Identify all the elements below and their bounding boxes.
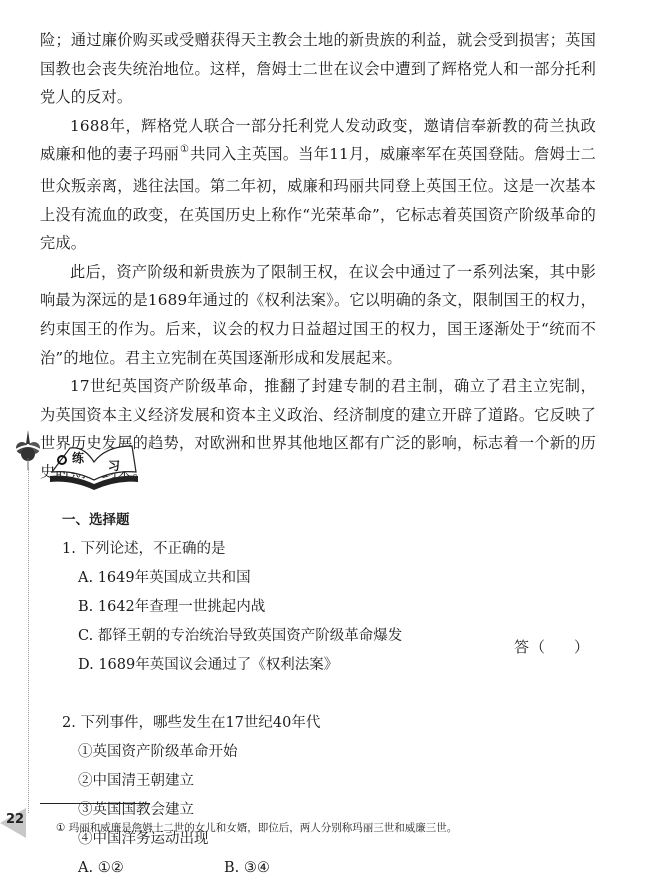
question-2-item-2: ②中国清王朝建立: [78, 767, 622, 796]
footnote-rule: [40, 803, 150, 804]
question-2-stem: 2. 下列事件，哪些发生在17世纪40年代: [62, 709, 622, 738]
paragraph-2: 1688年，辉格党人联合一部分托利党人发动政变，邀请信奉新教的荷兰执政威廉和他的…: [40, 112, 596, 258]
page-number: 22: [6, 812, 24, 827]
question-2-option-a[interactable]: A. ①②: [78, 854, 224, 883]
tree-ornament-icon: [10, 428, 46, 470]
banner-char-2: 习: [108, 459, 120, 473]
question-1-stem: 1. 下列论述，不正确的是: [62, 535, 622, 564]
main-text: 险；通过廉价购买或受赠获得天主教会土地的新贵族的利益，就会受到损害；英国国教也会…: [40, 26, 596, 487]
answer-label: 答（: [514, 638, 546, 656]
question-1-option-b[interactable]: B. 1642年查理一世挑起内战: [78, 593, 622, 622]
paragraph-1: 险；通过廉价购买或受赠获得天主教会土地的新贵族的利益，就会受到损害；英国国教也会…: [40, 26, 596, 112]
footnote: ① 玛丽和威廉是詹姆士二世的女儿和女婿，即位后，两人分别称玛丽三世和威廉三世。: [56, 820, 457, 835]
question-2-option-b[interactable]: B. ③④: [224, 854, 370, 883]
open-book-icon: 练 习: [48, 440, 140, 492]
question-1-option-a[interactable]: A. 1649年英国成立共和国: [78, 564, 622, 593]
margin-dotted-line: [28, 468, 29, 813]
question-2: 2. 下列事件，哪些发生在17世纪40年代 ①英国资产阶级革命开始 ②中国清王朝…: [62, 709, 622, 883]
answer-blank-question-1[interactable]: 答（）: [514, 636, 590, 657]
question-2-item-1: ①英国资产阶级革命开始: [78, 738, 622, 767]
question-1: 1. 下列论述，不正确的是 A. 1649年英国成立共和国 B. 1642年查理…: [62, 535, 622, 680]
section-title: 一、选择题: [62, 506, 622, 535]
question-2-options: A. ①② B. ③④: [78, 854, 622, 883]
answer-close: ）: [574, 638, 590, 656]
footnote-marker[interactable]: ①: [180, 144, 189, 155]
spacer: [62, 680, 622, 709]
paragraph-3: 此后，资产阶级和新贵族为了限制王权，在议会中通过了一系列法案，其中影响最为深远的…: [40, 258, 596, 372]
banner-char-1: 练: [72, 450, 85, 465]
